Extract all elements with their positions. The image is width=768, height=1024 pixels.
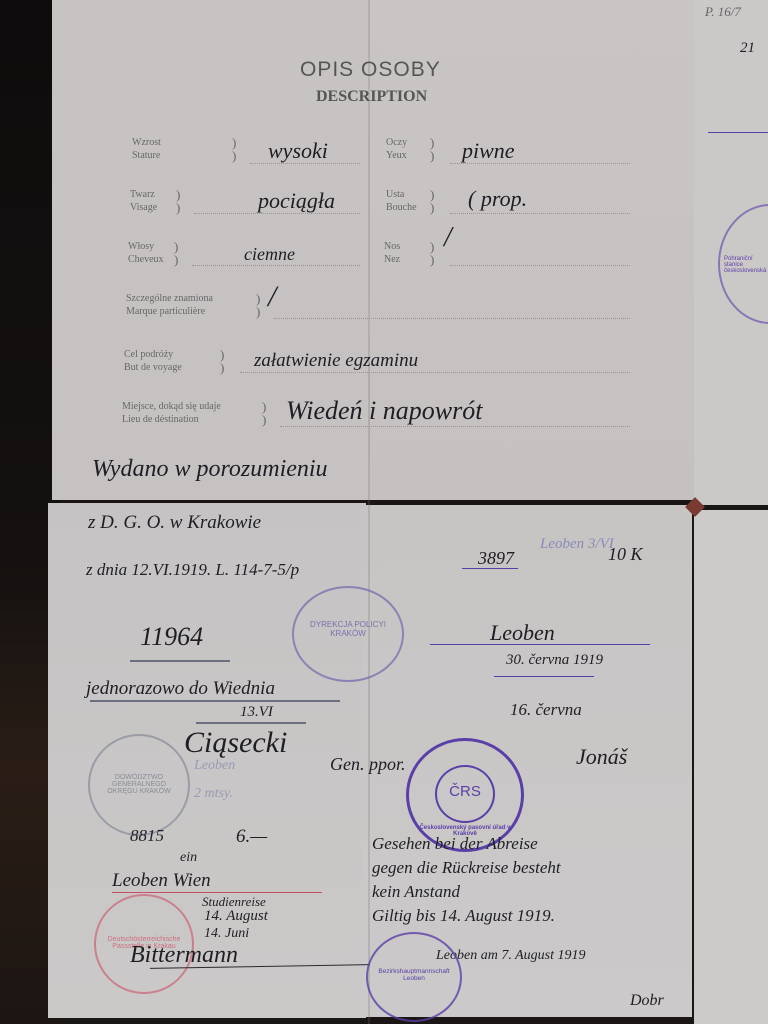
district-command-stamp: DOWÓDZTWO GENERALNEGO OKRĘGU KRAKÓW [88,734,190,836]
czech-visa-destination-line [430,644,650,645]
czech-visa-note-top: Leoben 3/VI [540,536,614,553]
czech-visa-fee: 10 K [608,544,643,565]
leoben-note-line1: Gesehen bei der Abreise [372,834,538,854]
bracket: )) [430,240,434,266]
bracket: )) [220,348,224,374]
military-handwritten-line [90,700,340,702]
field-label: NosNez [384,240,400,266]
military-handwritten: jednorazowo do Wiednia [86,678,275,700]
czech-visa-valid-until: 30. června 1919 [506,652,603,669]
leoben-district-stamp: Bezirkshauptmannschaft Leoben [366,932,462,1022]
field-value-purpose: załatwienie egzaminu [254,350,418,372]
field-label: Szczególne znamionaMarque particulière [126,292,213,318]
military-date: 13.VI [240,704,273,721]
issued-note-line2: z D. G. O. w Krakowie [88,512,261,534]
field-value-destination: Wiedeń i napowrót [286,396,482,426]
leoben-note-line4: Giltig bis 14. August 1919. [372,906,555,926]
page-title: OPIS OSOBY [300,58,441,82]
field-value-mouth: ( prop. [468,186,527,212]
field-line [274,318,630,319]
faded-note-line2: 2 mtsy. [194,786,233,802]
field-value-hair: ciemne [244,244,295,265]
vertical-fold [368,0,370,1024]
field-line [280,426,630,427]
field-line [450,213,630,214]
austrian-visa-signature: Bittermann [130,942,238,969]
field-value-face: pociągła [258,188,335,214]
austrian-visa-destination: Leoben Wien [112,870,211,892]
austrian-visa-fee: 6.— [236,826,267,848]
field-value-stature: wysoki [268,138,328,164]
czech-stamp-inner-ring: ČRS [435,765,495,823]
right-page-underline [708,132,768,133]
police-stamp: DYREKCJA POLICYI KRAKÓW [292,586,404,682]
czech-visa-date: 16. června [510,700,582,720]
czech-visa-destination: Leoben [490,620,555,646]
field-line [192,265,360,266]
issued-note-line3: z dnia 12.VI.1919. L. 114-7-5/p [86,560,299,580]
bracket: )) [174,240,178,266]
bracket: )) [430,188,434,214]
field-label: WzrostStature [132,136,161,162]
right-page-number: 21 [740,40,755,57]
austrian-visa-divider [112,892,322,893]
field-label: Miejsce, dokąd się udajeLieu de déstinat… [122,400,221,426]
issued-note-line1: Wydano w porozumieniu [92,456,328,483]
military-signature: Ciąsecki [184,726,287,760]
military-number-line [130,660,230,662]
czech-visa-number: 3897 [478,548,514,569]
field-label: WłosyCheveux [128,240,164,266]
bracket: )) [430,136,434,162]
field-label: OczyYeux [386,136,407,162]
military-signature-suffix: Gen. ppor. [330,754,406,775]
leoben-note-line2: gegen die Rückreise besteht [372,858,561,878]
field-value-eyes: piwne [462,138,515,164]
bracket: )) [176,188,180,214]
military-date-line [196,722,306,724]
czech-visa-valid-line [494,676,594,677]
field-line [240,372,630,373]
field-label: UstaBouche [386,188,417,214]
bracket: )) [262,400,266,426]
adjacent-page-bottom [694,510,768,1024]
leoben-note-line3: kein Anstand [372,882,460,902]
page-subtitle: DESCRIPTION [316,88,427,106]
czech-visa-signature: Jonáš [576,744,627,770]
bracket: )) [232,136,236,162]
austrian-visa-number: 8815 [130,826,164,846]
field-label: TwarzVisage [130,188,157,214]
field-label: Cel podróżyBut de voyage [124,348,182,374]
corner-note: P. 16/7 [705,4,741,20]
field-line [450,265,630,266]
military-number: 11964 [140,622,203,652]
leoben-signature: Dobr [630,992,664,1010]
faded-note-line1: Leoben [194,758,235,774]
bracket: )) [256,292,260,318]
austrian-visa-issued-on: 14. Juni [204,926,249,942]
austrian-visa-trips: ein [180,850,197,866]
austrian-visa-valid-until: 14. August [204,908,268,925]
field-value-marks: / [268,280,276,314]
field-value-nose: / [444,222,452,254]
